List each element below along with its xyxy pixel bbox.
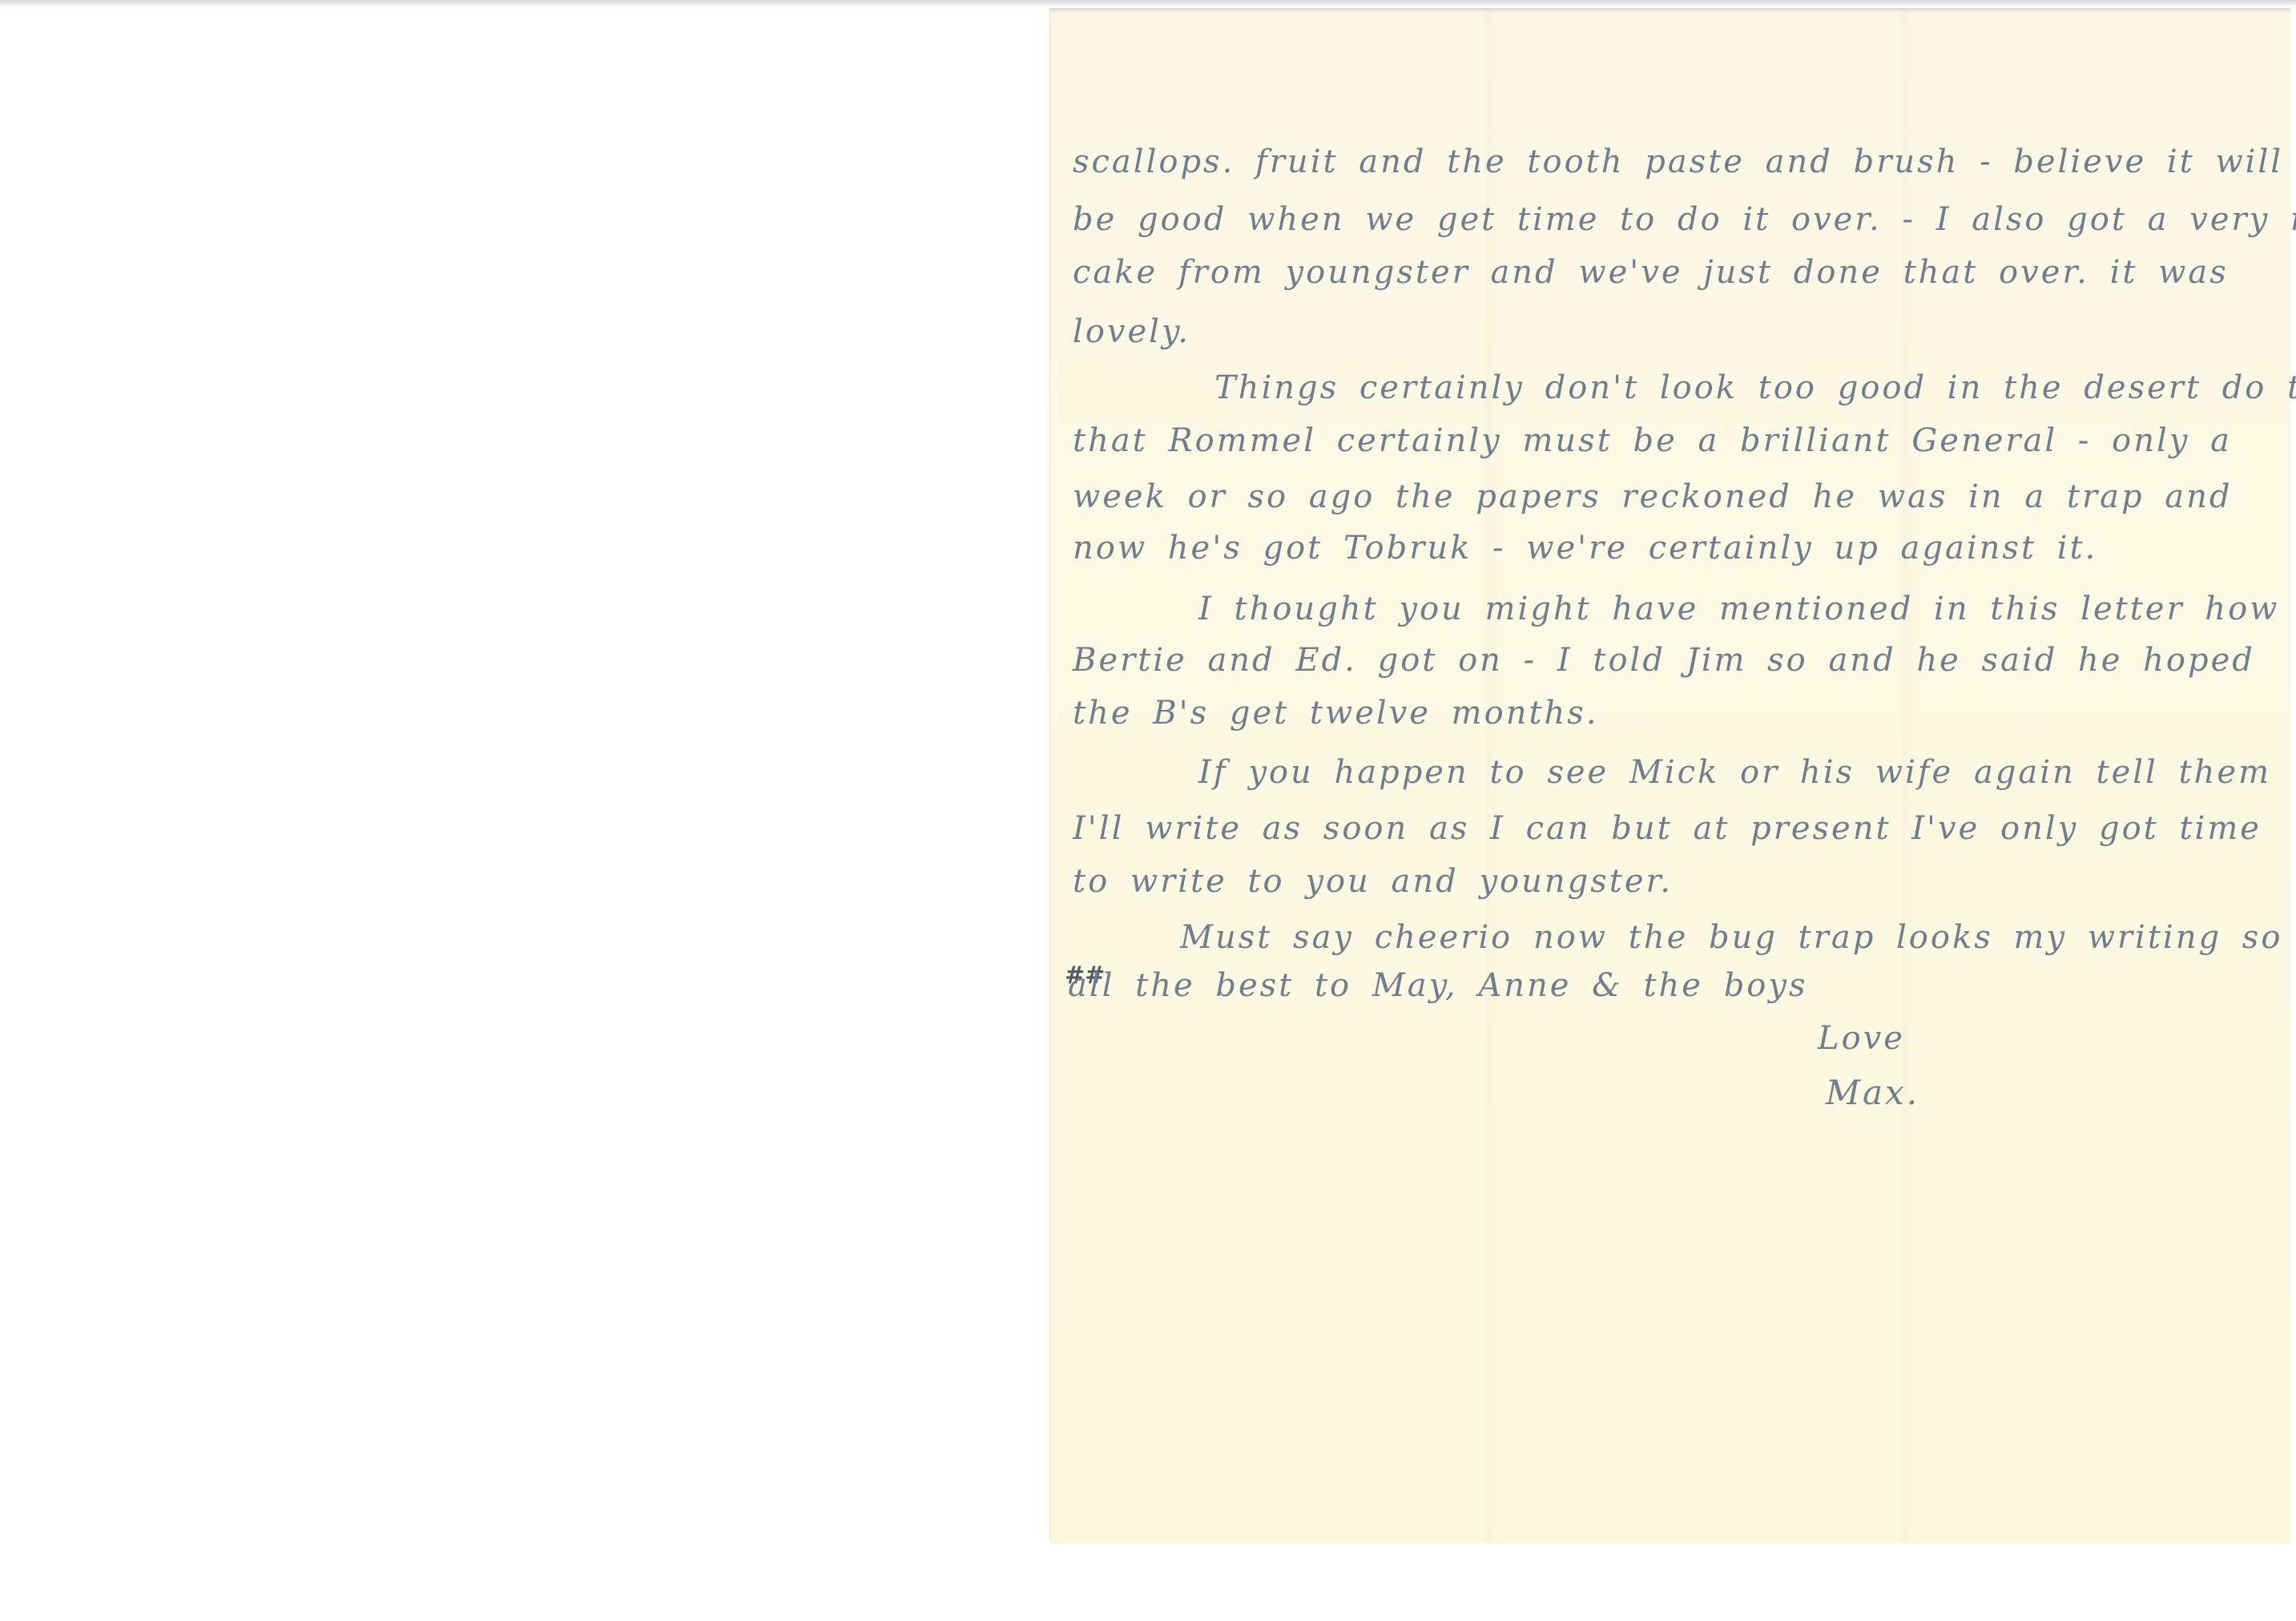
letter-line-3: cake from youngster and we've just done … [1073,253,2229,292]
letter-line-9: I thought you might have mentioned in th… [1198,590,2279,628]
letter-line-2: be good when we get time to do it over. … [1073,200,2296,239]
letter-signoff: Love [1818,1019,1905,1058]
letter-line-7: week or so ago the papers reckoned he wa… [1073,478,2233,516]
letter-line-10: Bertie and Ed. got on - I told Jim so an… [1073,641,2255,679]
letter-signature: Max. [1826,1074,1919,1112]
letter-page: scallops. fruit and the tooth paste and … [1049,8,2290,1543]
letter-line-6: that Rommel certainly must be a brillian… [1073,421,2232,460]
blank-facing-page [0,8,1048,1621]
letter-line-5: Things certainly don't look too good in … [1214,369,2296,407]
letter-line-8: now he's got Tobruk - we're certainly up… [1073,529,2097,567]
letter-line-12: If you happen to see Mick or his wife ag… [1198,753,2271,792]
letter-line-13: I'll write as soon as I can but at prese… [1073,809,2262,848]
letter-line-11: the B's get twelve months. [1073,694,1599,732]
letter-line-14: to write to you and youngster. [1073,862,1673,901]
letter-line-1: scallops. fruit and the tooth paste and … [1073,143,2283,181]
letter-line-16: all the best to May, Anne & the boys [1068,966,1808,1005]
scanner-edge-shadow [0,0,2296,8]
letter-line-15: Must say cheerio now the bug trap looks … [1180,918,2282,957]
letter-line-4: lovely. [1073,313,1190,351]
